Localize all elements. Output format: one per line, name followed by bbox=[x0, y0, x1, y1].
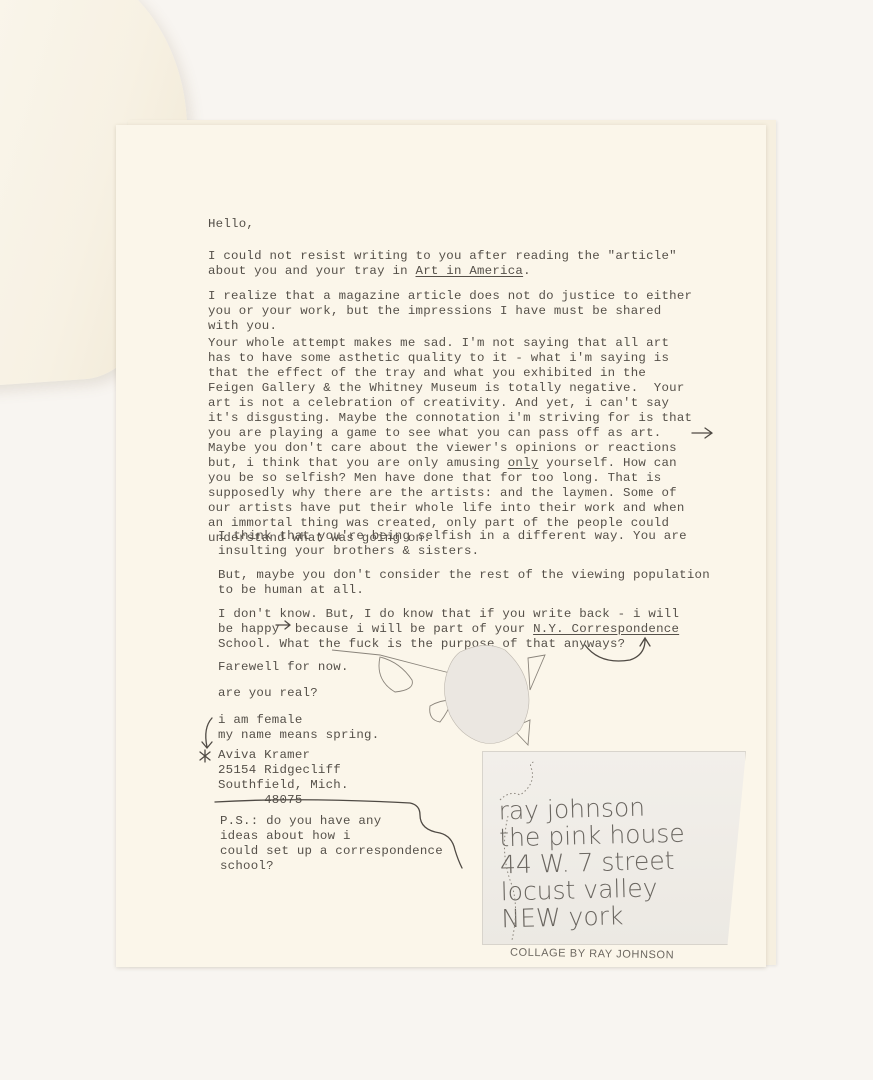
hand-drawn-marks bbox=[0, 0, 873, 1080]
curved-arrow-icon bbox=[585, 638, 650, 661]
ps-frame-line bbox=[215, 800, 462, 868]
rose-bloom bbox=[444, 645, 529, 743]
asterisk-icon bbox=[200, 750, 210, 762]
arrow-right-icon bbox=[692, 428, 712, 438]
curved-arrow-down-icon bbox=[202, 718, 212, 748]
collage-bird-icon bbox=[500, 762, 535, 940]
arrow-right-icon bbox=[276, 621, 290, 629]
